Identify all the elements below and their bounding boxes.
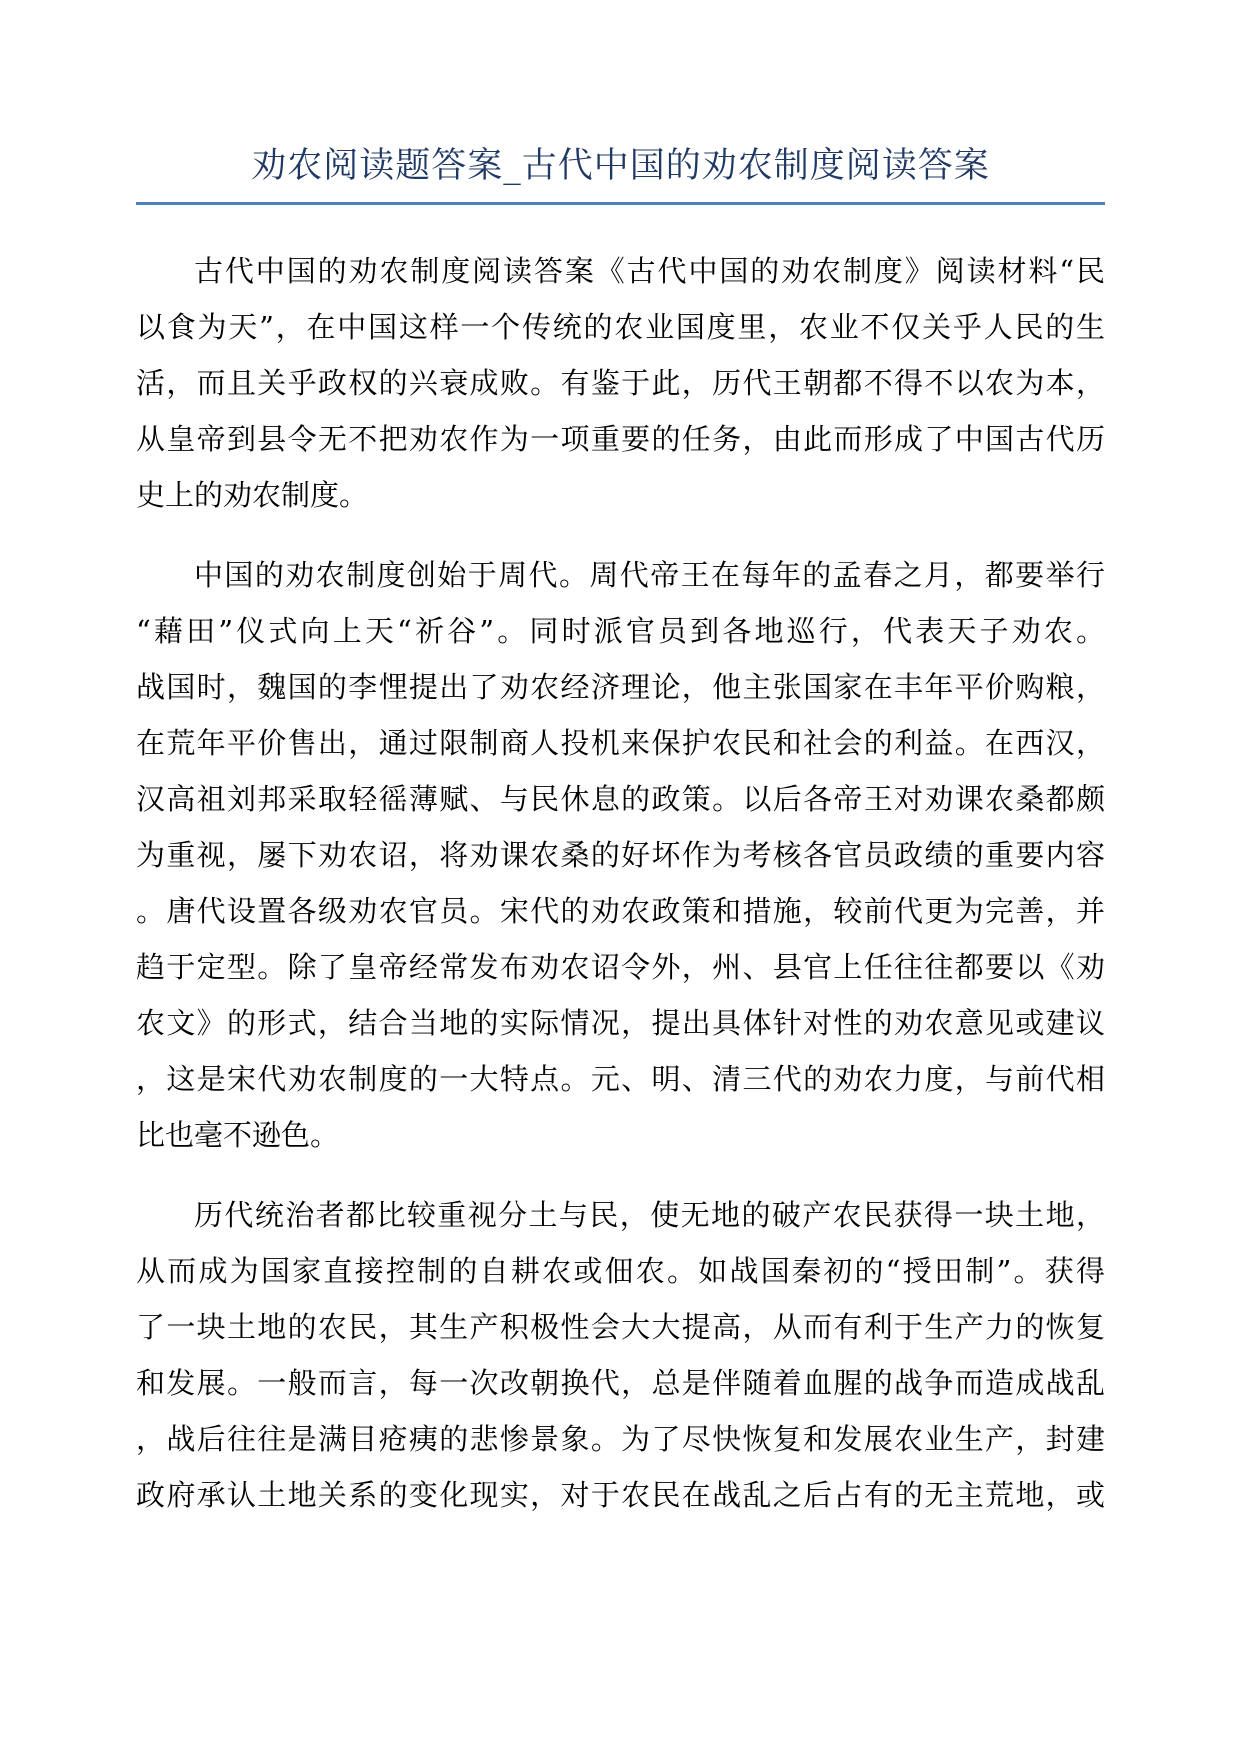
paragraph: 中国的劝农制度创始于周代。周代帝王在每年的孟春之月，都要举行“藉田”仪式向上天“… bbox=[136, 547, 1105, 1163]
text-line: 以食为天”，在中国这样一个传统的农业国度里，农业不仅关乎人民的生 bbox=[136, 299, 1105, 355]
page-title: 劝农阅读题答案_古代中国的劝农制度阅读答案 bbox=[136, 0, 1105, 205]
text-line: 。唐代设置各级劝农官员。宋代的劝农政策和措施，较前代更为完善，并 bbox=[136, 883, 1105, 939]
text-line: 古代中国的劝农制度阅读答案《古代中国的劝农制度》阅读材料“民 bbox=[136, 243, 1105, 299]
text-line: 从而成为国家直接控制的自耕农或佃农。如战国秦初的“授田制”。获得 bbox=[136, 1243, 1105, 1299]
text-line: 历代统治者都比较重视分土与民，使无地的破产农民获得一块土地， bbox=[136, 1187, 1105, 1243]
text-line: 从皇帝到县令无不把劝农作为一项重要的任务，由此而形成了中国古代历 bbox=[136, 411, 1105, 467]
text-line: 活，而且关乎政权的兴衰成败。有鉴于此，历代王朝都不得不以农为本， bbox=[136, 355, 1105, 411]
text-line: 农文》的形式，结合当地的实际情况，提出具体针对性的劝农意见或建议 bbox=[136, 995, 1105, 1051]
text-line: 中国的劝农制度创始于周代。周代帝王在每年的孟春之月，都要举行 bbox=[136, 547, 1105, 603]
text-line: 政府承认土地关系的变化现实，对于农民在战乱之后占有的无主荒地，或 bbox=[136, 1467, 1105, 1523]
text-line: 为重视，屡下劝农诏，将劝课农桑的好坏作为考核各官员政绩的重要内容 bbox=[136, 827, 1105, 883]
text-line: 史上的劝农制度。 bbox=[136, 467, 1105, 523]
text-line: 战国时，魏国的李悝提出了劝农经济理论，他主张国家在丰年平价购粮， bbox=[136, 659, 1105, 715]
document-content: 劝农阅读题答案_古代中国的劝农制度阅读答案 古代中国的劝农制度阅读答案《古代中国… bbox=[136, 0, 1105, 1523]
text-line: ，战后往往是满目疮痍的悲惨景象。为了尽快恢复和发展农业生产，封建 bbox=[136, 1411, 1105, 1467]
text-line: 在荒年平价售出，通过限制商人投机来保护农民和社会的利益。在西汉， bbox=[136, 715, 1105, 771]
text-line: 了一块土地的农民，其生产积极性会大大提高，从而有利于生产力的恢复 bbox=[136, 1299, 1105, 1355]
document-body: 古代中国的劝农制度阅读答案《古代中国的劝农制度》阅读材料“民以食为天”，在中国这… bbox=[136, 243, 1105, 1523]
text-line: 比也毫不逊色。 bbox=[136, 1107, 1105, 1163]
document-page: 劝农阅读题答案_古代中国的劝农制度阅读答案 古代中国的劝农制度阅读答案《古代中国… bbox=[0, 0, 1241, 1754]
text-line: ，这是宋代劝农制度的一大特点。元、明、清三代的劝农力度，与前代相 bbox=[136, 1051, 1105, 1107]
paragraph: 历代统治者都比较重视分土与民，使无地的破产农民获得一块土地，从而成为国家直接控制… bbox=[136, 1187, 1105, 1523]
text-line: “藉田”仪式向上天“祈谷”。同时派官员到各地巡行，代表天子劝农。 bbox=[136, 603, 1105, 659]
text-line: 和发展。一般而言，每一次改朝换代，总是伴随着血腥的战争而造成战乱 bbox=[136, 1355, 1105, 1411]
paragraph: 古代中国的劝农制度阅读答案《古代中国的劝农制度》阅读材料“民以食为天”，在中国这… bbox=[136, 243, 1105, 523]
text-line: 趋于定型。除了皇帝经常发布劝农诏令外，州、县官上任往往都要以《劝 bbox=[136, 939, 1105, 995]
text-line: 汉高祖刘邦采取轻徭薄赋、与民休息的政策。以后各帝王对劝课农桑都颇 bbox=[136, 771, 1105, 827]
